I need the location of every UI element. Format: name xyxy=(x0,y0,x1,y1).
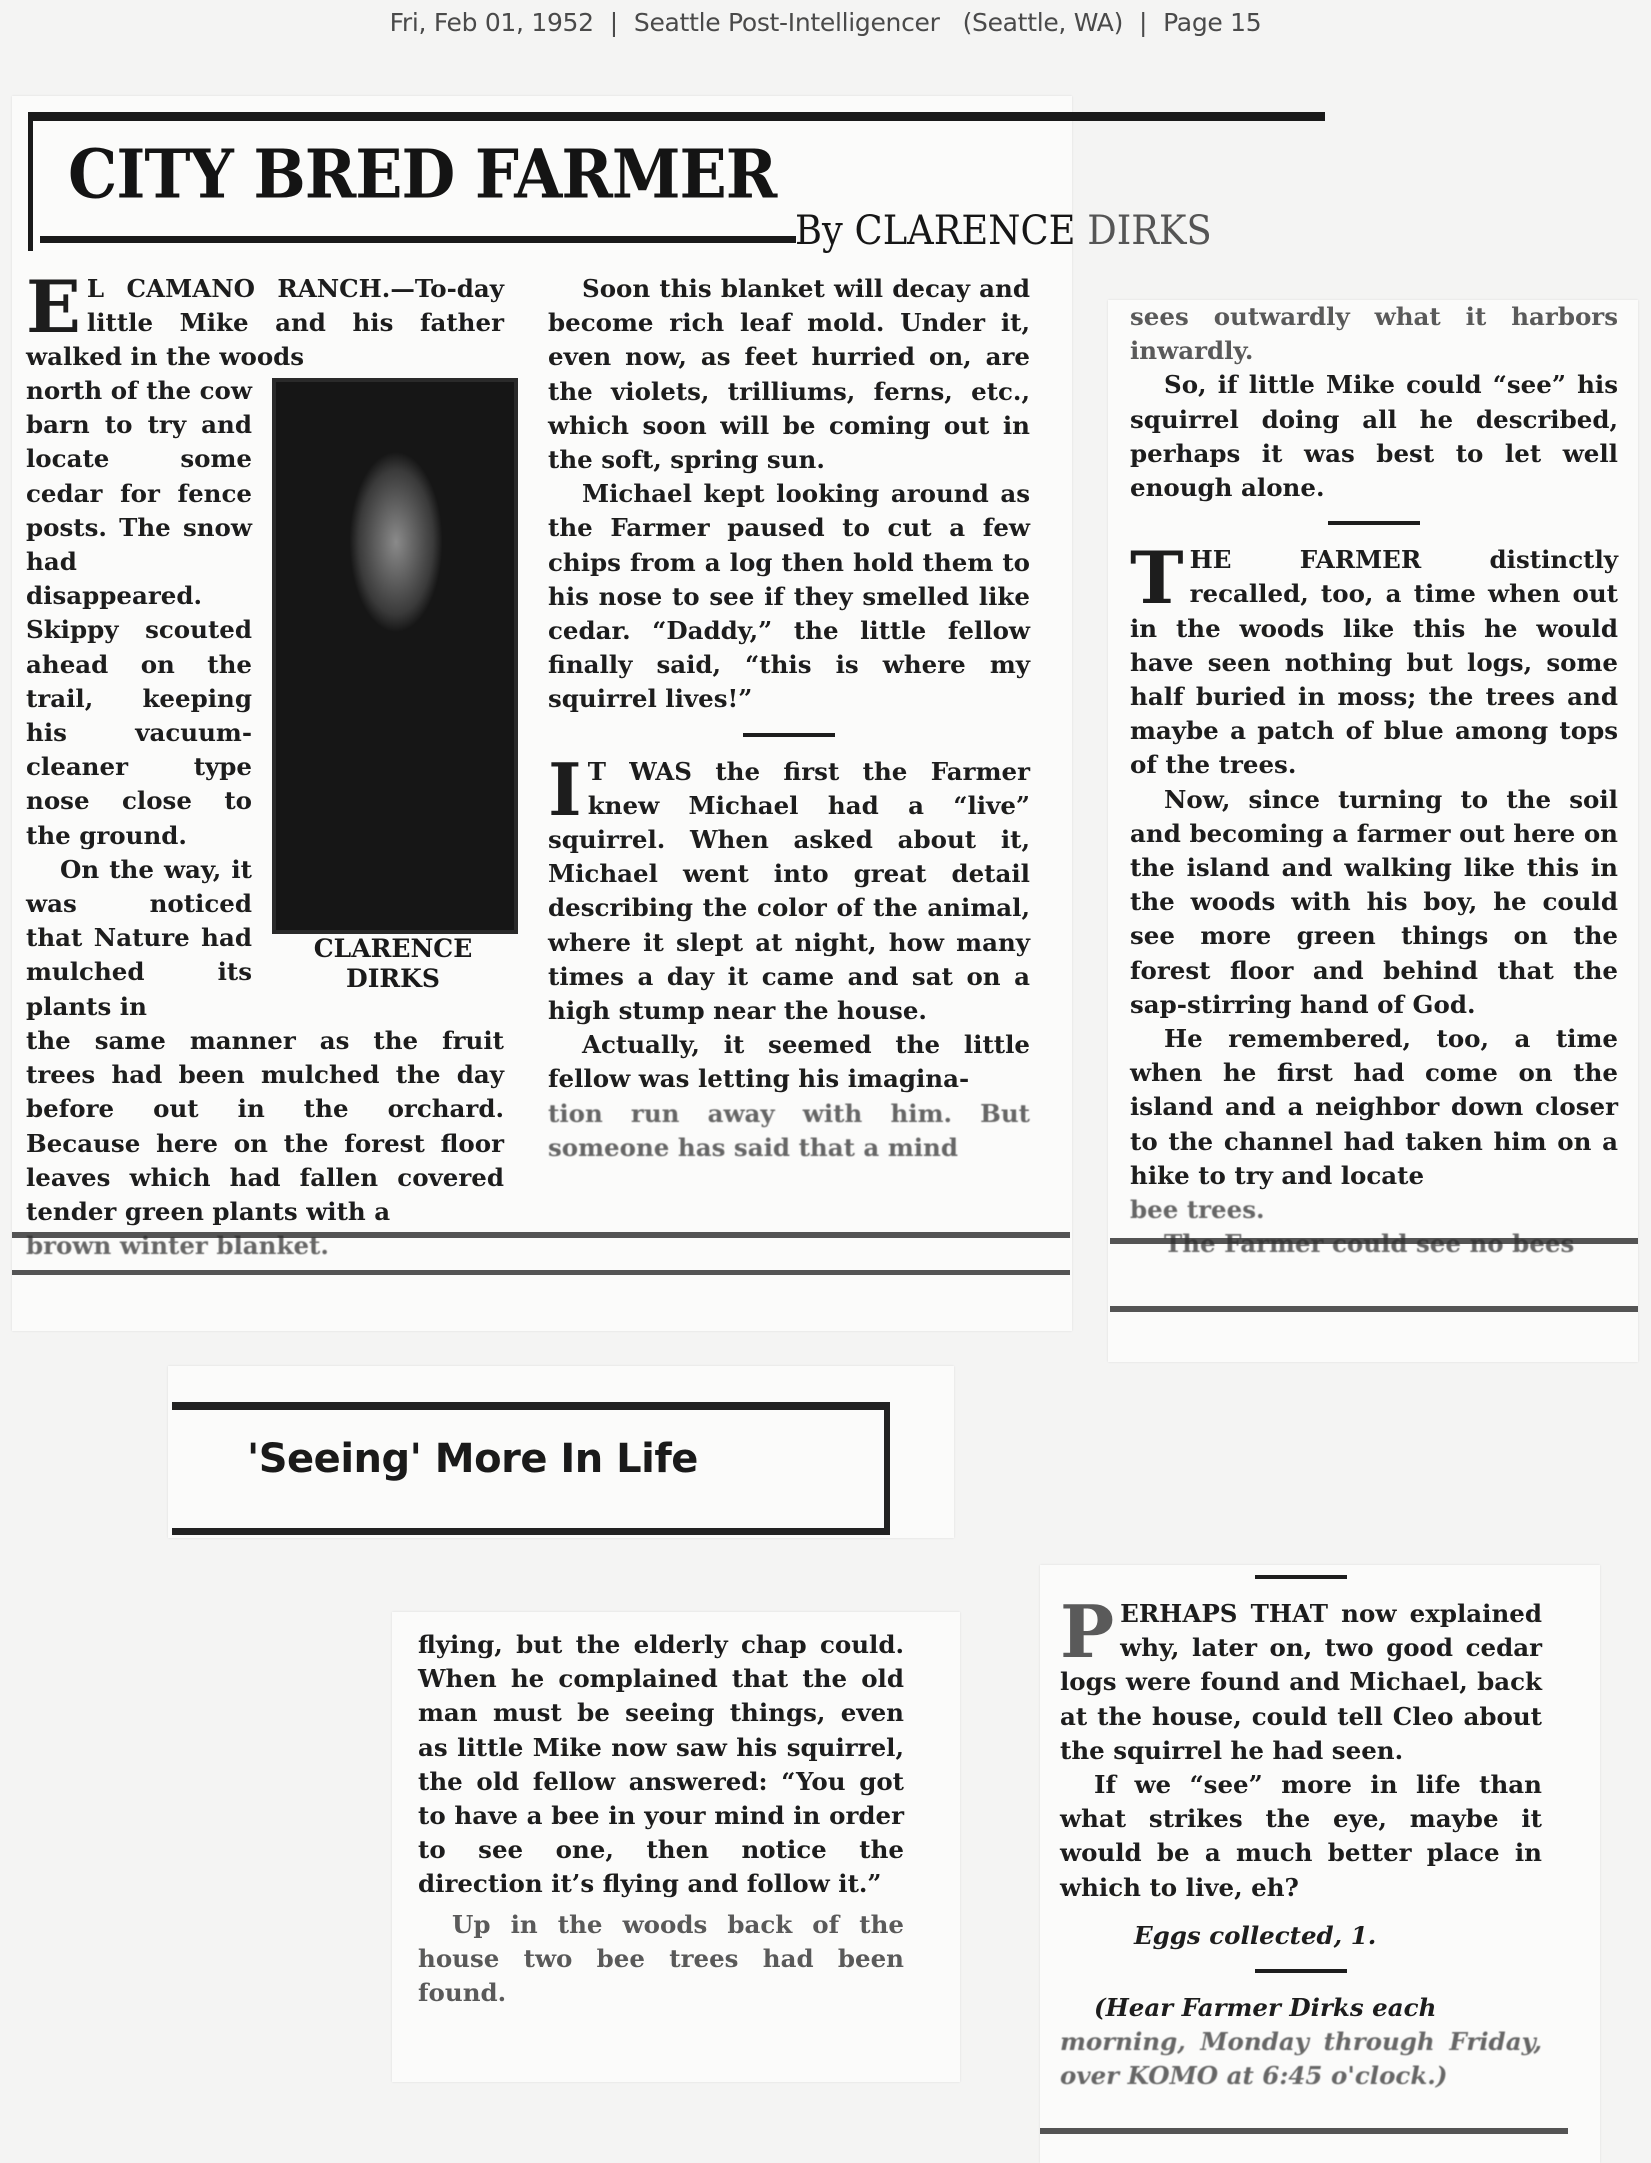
paragraph-on-the-way: On the way, it was noticed that Nature h… xyxy=(26,853,252,1024)
paragraph-sees-outwardly: sees outwardly what it harbors inwardly. xyxy=(1130,300,1618,368)
masthead-rule xyxy=(40,236,796,243)
paragraph-farmer-recalled: HE FARMER distinctly recalled, too, a ti… xyxy=(1130,545,1618,779)
article-column-4: flying, but the elderly chap could. When… xyxy=(418,1628,904,2010)
publication-name: Seattle Post-Intelligencer xyxy=(634,8,940,37)
section-divider xyxy=(743,733,835,737)
paragraph-he-remembered: He remembered, too, a time when he first… xyxy=(1130,1022,1618,1193)
paragraph-no-bees-smeared: The Farmer could see no bees xyxy=(1130,1227,1618,1261)
paragraph-mulch: the same manner as the fruit trees had b… xyxy=(26,1024,504,1229)
eggs-collected-note: Eggs collected, 1. xyxy=(1060,1919,1542,1953)
section-divider xyxy=(1328,521,1420,525)
paragraph-blanket: Soon this blanket will decay and become … xyxy=(548,272,1030,477)
paragraph-michael-looking: Michael kept looking around as the Farme… xyxy=(548,477,1030,716)
paragraph-bee-trees-smeared: bee trees. xyxy=(1130,1193,1618,1227)
section-divider xyxy=(1255,1969,1347,1973)
article-column-3: sees outwardly what it harbors inwardly.… xyxy=(1130,300,1618,1261)
byline-prefix: By CLARENCE xyxy=(795,208,1075,254)
author-portrait-photo xyxy=(272,378,518,934)
dropcap-p: P xyxy=(1060,1601,1114,1663)
paragraph-see-more-in-life: If we “see” more in life than what strik… xyxy=(1060,1768,1542,1905)
paragraph-perhaps-that: ERHAPS THAT now explained why, later on,… xyxy=(1060,1599,1542,1765)
publication-date: Fri, Feb 01, 1952 xyxy=(390,8,594,37)
photo-caption: CLARENCE DIRKS xyxy=(288,934,498,994)
paragraph-bee-in-mind: flying, but the elderly chap could. When… xyxy=(418,1628,904,1902)
byline: By CLARENCE DIRKS xyxy=(795,208,1212,254)
paragraph-imagination: Actually, it seemed the little fellow wa… xyxy=(548,1028,1030,1096)
article-column-1-narrow: north of the cow barn to try and locate … xyxy=(26,374,252,1024)
radio-note: (Hear Farmer Dirks each xyxy=(1060,1991,1542,2025)
lead-paragraph-narrow: north of the cow barn to try and locate … xyxy=(26,374,252,853)
page-number: Page 15 xyxy=(1163,8,1261,37)
print-smear-left-2 xyxy=(12,1270,1070,1275)
paragraph-bee-trees-found: Up in the woods back of the house two be… xyxy=(418,1908,904,2011)
article-column-1-bottom: the same manner as the fruit trees had b… xyxy=(26,1024,504,1263)
paragraph-since-turning: Now, since turning to the soil and becom… xyxy=(1130,783,1618,1022)
article-column-1-top: EL CAMANO RANCH.—To-day little Mike and … xyxy=(26,272,504,375)
byline-surname: DIRKS xyxy=(1087,208,1211,254)
publication-location: (Seattle, WA) xyxy=(963,8,1123,37)
article-column-2: Soon this blanket will decay and become … xyxy=(548,272,1030,1165)
paragraph-imagination-smeared: tion run away with him. But someone has … xyxy=(548,1097,1030,1165)
paragraph-live-squirrel: T WAS the first the Farmer knew Michael … xyxy=(548,757,1030,1025)
print-smear-right-2 xyxy=(1110,1306,1638,1312)
photo-caption-line-2: DIRKS xyxy=(288,964,498,994)
dropcap-e: E xyxy=(26,276,81,338)
paragraph-so-if-little-mike: So, if little Mike could “see” his squir… xyxy=(1130,368,1618,505)
clipping-source-header: Fri, Feb 01, 1952|Seattle Post-Intellige… xyxy=(0,8,1651,37)
article-column-5: PERHAPS THAT now explained why, later on… xyxy=(1060,1575,1542,2094)
dropcap-i: I xyxy=(548,759,582,821)
photo-caption-line-1: CLARENCE xyxy=(288,934,498,964)
lead-paragraph-top: L CAMANO RANCH.—To-day little Mike and h… xyxy=(26,274,504,371)
dropcap-t: T xyxy=(1130,547,1184,609)
radio-note-smeared: morning, Monday through Friday, over KOM… xyxy=(1060,2025,1542,2093)
print-smear-bottom-right xyxy=(1040,2128,1568,2134)
subhead-title: 'Seeing' More In Life xyxy=(247,1436,698,1482)
column-title: CITY BRED FARMER xyxy=(68,135,776,214)
print-smear-left xyxy=(12,1232,1070,1238)
section-divider xyxy=(1255,1575,1347,1579)
print-smear-right xyxy=(1110,1238,1638,1244)
